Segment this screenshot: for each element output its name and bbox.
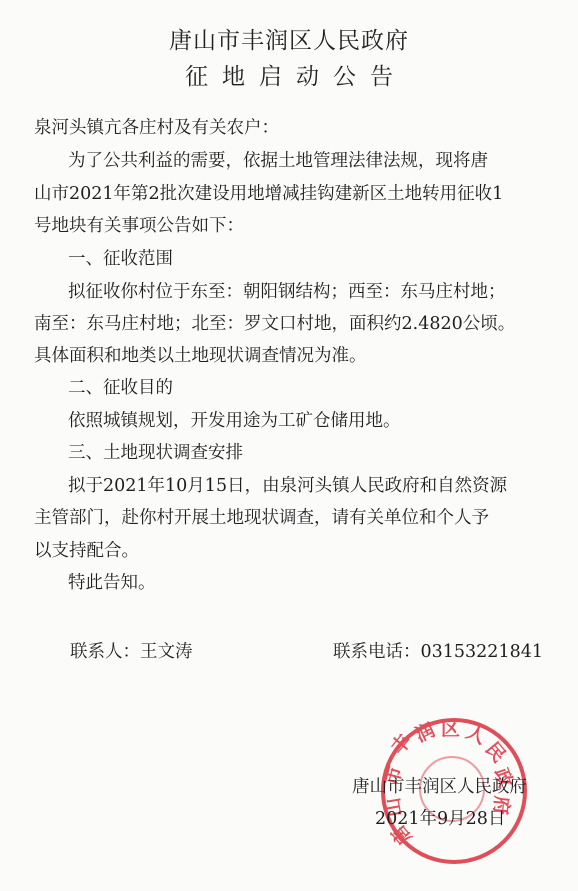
intro-line-1: 为了公共利益的需要，依据土地管理法律法规，现将唐: [68, 150, 578, 172]
section1-line-1: 拟征收你村位于东至：朝阳钢结构；西至：东马庄村地；: [68, 281, 578, 303]
section3-line-3: 以支持配合。: [34, 540, 554, 562]
section2-line-1: 依照城镇规划，开发用途为工矿仓储用地。: [68, 410, 578, 432]
seal-char: 民: [480, 736, 513, 768]
seal-char: 丰: [384, 728, 417, 760]
seal-char: 区: [441, 714, 460, 741]
intro-line-2: 山市2021年第2批次建设用地增减挂钩建新区土地转用征收1: [34, 183, 554, 205]
issue-date: 2021年9月28日: [375, 805, 505, 830]
salutation: 泉河头镇亢各庄村及有关农户：: [34, 117, 554, 139]
section3-line-2: 主管部门，赴你村开展土地现状调查，请有关单位和个人予: [34, 507, 554, 529]
section3-heading: 三、土地现状调查安排: [68, 442, 578, 464]
contact-person: 联系人：王文涛: [70, 638, 193, 663]
section1-line-2: 南至：东马庄村地；北至：罗文口村地，面积约2.4820公顷。: [34, 313, 554, 335]
seal-char: 人: [462, 717, 491, 750]
section1-line-3: 具体面积和地类以土地现状调查情况为准。: [34, 345, 554, 367]
notice-document: 唐山市丰润区人民政府 征地启动公告 泉河头镇亢各庄村及有关农户： 为了公共利益的…: [0, 0, 578, 891]
section3-line-1: 拟于2021年10月15日，由泉河头镇人民政府和自然资源: [68, 475, 578, 497]
section1-heading: 一、征收范围: [68, 248, 578, 270]
contact-phone: 联系电话：03153221841: [333, 638, 543, 663]
section2-heading: 二、征收目的: [68, 377, 578, 399]
document-title-issuer: 唐山市丰润区人民政府: [0, 22, 578, 55]
issuer-signature: 唐山市丰润区人民政府: [352, 773, 527, 798]
intro-line-3: 号地块有关事项公告如下：: [34, 215, 554, 237]
document-title: 征地启动公告: [0, 58, 578, 91]
closing-remark: 特此告知。: [68, 572, 578, 594]
